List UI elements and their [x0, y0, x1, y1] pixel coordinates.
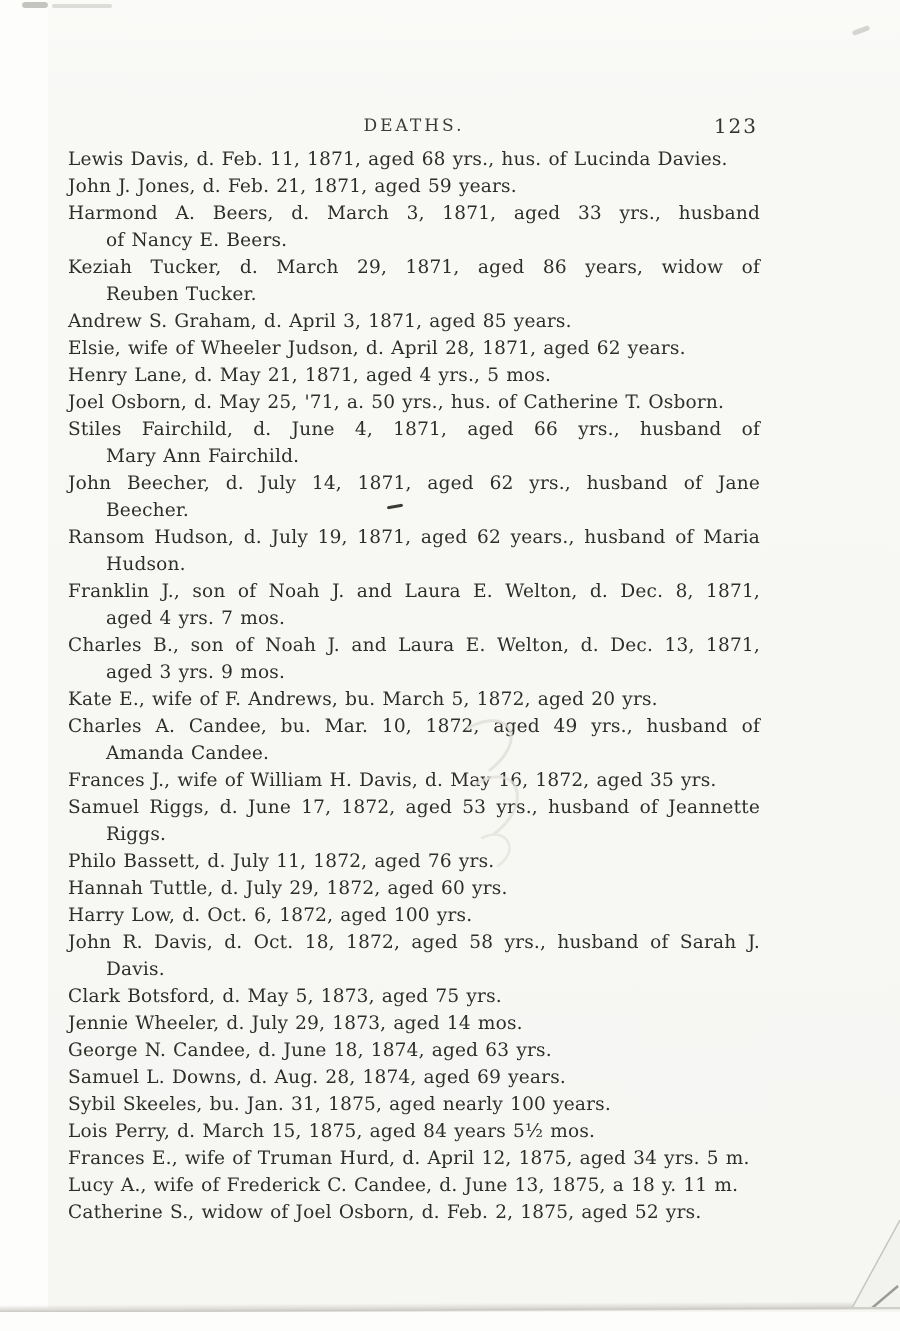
death-entry: Harmond A. Beers, d. March 3, 1871, aged… — [68, 200, 760, 254]
death-entries-list: Lewis Davis, d. Feb. 11, 1871, aged 68 y… — [68, 146, 760, 1226]
page-number: 123 — [714, 112, 758, 140]
death-entry: Hannah Tuttle, d. July 29, 1872, aged 60… — [68, 875, 760, 902]
entry-line: George N. Candee, d. June 18, 1874, aged… — [68, 1037, 760, 1064]
page-curl-artifact — [836, 1218, 900, 1314]
entry-line: Frances E., wife of Truman Hurd, d. Apri… — [68, 1145, 760, 1172]
entry-line: Sybil Skeeles, bu. Jan. 31, 1875, aged n… — [68, 1091, 760, 1118]
entry-line: Lewis Davis, d. Feb. 11, 1871, aged 68 y… — [68, 146, 760, 173]
pencil-marks-artifact — [438, 698, 568, 878]
death-entry: John Beecher, d. July 14, 1871, aged 62 … — [68, 470, 760, 524]
entry-line: Charles A. Candee, bu. Mar. 10, 1872, ag… — [68, 713, 760, 740]
entry-line: Frances J., wife of William H. Davis, d.… — [68, 767, 760, 794]
page-header: DEATHS. 123 — [68, 112, 760, 140]
entry-continuation-line: Amanda Candee. — [68, 740, 760, 767]
death-entry: Kate E., wife of F. Andrews, bu. March 5… — [68, 686, 760, 713]
entry-line: John J. Jones, d. Feb. 21, 1871, aged 59… — [68, 173, 760, 200]
death-entry: Philo Bassett, d. July 11, 1872, aged 76… — [68, 848, 760, 875]
death-entry: Stiles Fairchild, d. June 4, 1871, aged … — [68, 416, 760, 470]
entry-line: Henry Lane, d. May 21, 1871, aged 4 yrs.… — [68, 362, 760, 389]
entry-line: Joel Osborn, d. May 25, '71, a. 50 yrs.,… — [68, 389, 760, 416]
entry-line: Andrew S. Graham, d. April 3, 1871, aged… — [68, 308, 760, 335]
death-entry: Elsie, wife of Wheeler Judson, d. April … — [68, 335, 760, 362]
death-entry: Andrew S. Graham, d. April 3, 1871, aged… — [68, 308, 760, 335]
entry-continuation-line: Reuben Tucker. — [68, 281, 760, 308]
entry-line: Jennie Wheeler, d. July 29, 1873, aged 1… — [68, 1010, 760, 1037]
death-entry: Lewis Davis, d. Feb. 11, 1871, aged 68 y… — [68, 146, 760, 173]
entry-line: Clark Botsford, d. May 5, 1873, aged 75 … — [68, 983, 760, 1010]
death-entry: Harry Low, d. Oct. 6, 1872, aged 100 yrs… — [68, 902, 760, 929]
death-entry: Keziah Tucker, d. March 29, 1871, aged 8… — [68, 254, 760, 308]
entry-line: Franklin J., son of Noah J. and Laura E.… — [68, 578, 760, 605]
entry-continuation-line: of Nancy E. Beers. — [68, 227, 760, 254]
death-entry: Frances E., wife of Truman Hurd, d. Apri… — [68, 1145, 760, 1172]
scan-margin-bottom — [0, 1312, 900, 1331]
death-entry: George N. Candee, d. June 18, 1874, aged… — [68, 1037, 760, 1064]
entry-continuation-line: Davis. — [68, 956, 760, 983]
death-entry: Franklin J., son of Noah J. and Laura E.… — [68, 578, 760, 632]
entry-continuation-line: aged 4 yrs. 7 mos. — [68, 605, 760, 632]
entry-continuation-line: Riggs. — [68, 821, 760, 848]
death-entry: Joel Osborn, d. May 25, '71, a. 50 yrs.,… — [68, 389, 760, 416]
scan-margin-left — [0, 0, 48, 1311]
death-entry: Lucy A., wife of Frederick C. Candee, d.… — [68, 1172, 760, 1199]
entry-line: Lois Perry, d. March 15, 1875, aged 84 y… — [68, 1118, 760, 1145]
death-entry: Samuel Riggs, d. June 17, 1872, aged 53 … — [68, 794, 760, 848]
entry-line: John Beecher, d. July 14, 1871, aged 62 … — [68, 470, 760, 497]
entry-line: Harry Low, d. Oct. 6, 1872, aged 100 yrs… — [68, 902, 760, 929]
death-entry: Charles B., son of Noah J. and Laura E. … — [68, 632, 760, 686]
scan-smudge-artifact — [22, 2, 48, 8]
entry-line: Harmond A. Beers, d. March 3, 1871, aged… — [68, 200, 760, 227]
entry-line: Keziah Tucker, d. March 29, 1871, aged 8… — [68, 254, 760, 281]
death-entry: Jennie Wheeler, d. July 29, 1873, aged 1… — [68, 1010, 760, 1037]
scan-smudge-artifact — [52, 4, 112, 8]
entry-line: Ransom Hudson, d. July 19, 1871, aged 62… — [68, 524, 760, 551]
death-entry: Sybil Skeeles, bu. Jan. 31, 1875, aged n… — [68, 1091, 760, 1118]
entry-line: Samuel L. Downs, d. Aug. 28, 1874, aged … — [68, 1064, 760, 1091]
entry-line: Hannah Tuttle, d. July 29, 1872, aged 60… — [68, 875, 760, 902]
entry-line: Samuel Riggs, d. June 17, 1872, aged 53 … — [68, 794, 760, 821]
entry-line: Lucy A., wife of Frederick C. Candee, d.… — [68, 1172, 760, 1199]
entry-line: Stiles Fairchild, d. June 4, 1871, aged … — [68, 416, 760, 443]
page-title: DEATHS. — [68, 112, 760, 140]
death-entry: Lois Perry, d. March 15, 1875, aged 84 y… — [68, 1118, 760, 1145]
entry-line: Charles B., son of Noah J. and Laura E. … — [68, 632, 760, 659]
death-entry: Clark Botsford, d. May 5, 1873, aged 75 … — [68, 983, 760, 1010]
entry-continuation-line: aged 3 yrs. 9 mos. — [68, 659, 760, 686]
death-entry: Ransom Hudson, d. July 19, 1871, aged 62… — [68, 524, 760, 578]
death-entry: Charles A. Candee, bu. Mar. 10, 1872, ag… — [68, 713, 760, 767]
death-entry: John J. Jones, d. Feb. 21, 1871, aged 59… — [68, 173, 760, 200]
entry-continuation-line: Hudson. — [68, 551, 760, 578]
entry-line: John R. Davis, d. Oct. 18, 1872, aged 58… — [68, 929, 760, 956]
entry-line: Catherine S., widow of Joel Osborn, d. F… — [68, 1199, 760, 1226]
death-entry: Samuel L. Downs, d. Aug. 28, 1874, aged … — [68, 1064, 760, 1091]
entry-line: Elsie, wife of Wheeler Judson, d. April … — [68, 335, 760, 362]
scan-smudge-artifact — [852, 25, 871, 36]
death-entry: Henry Lane, d. May 21, 1871, aged 4 yrs.… — [68, 362, 760, 389]
entry-continuation-line: Beecher. — [68, 497, 760, 524]
death-entry: Frances J., wife of William H. Davis, d.… — [68, 767, 760, 794]
death-entry: Catherine S., widow of Joel Osborn, d. F… — [68, 1199, 760, 1226]
entry-line: Kate E., wife of F. Andrews, bu. March 5… — [68, 686, 760, 713]
entry-continuation-line: Mary Ann Fairchild. — [68, 443, 760, 470]
scanned-book-page: DEATHS. 123 Lewis Davis, d. Feb. 11, 187… — [0, 0, 900, 1331]
entry-line: Philo Bassett, d. July 11, 1872, aged 76… — [68, 848, 760, 875]
death-entry: John R. Davis, d. Oct. 18, 1872, aged 58… — [68, 929, 760, 983]
